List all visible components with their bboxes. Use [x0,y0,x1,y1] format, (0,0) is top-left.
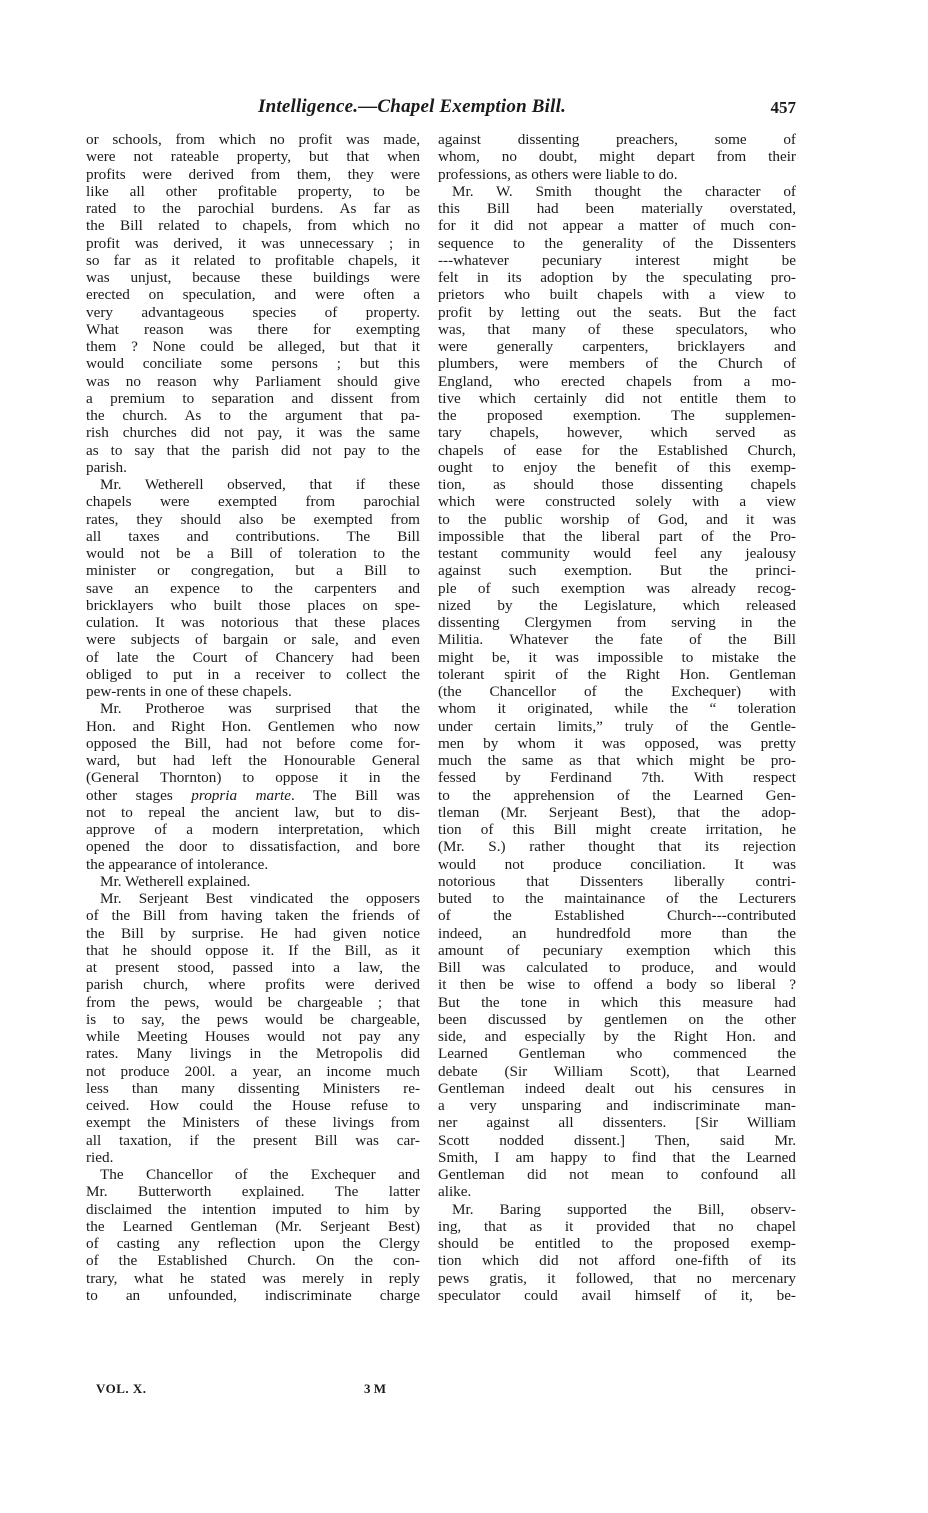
text-line: was unjust, because these buildings were [86,269,420,286]
text-line: not produce 200l. a year, an income much [86,1063,420,1080]
text-line: alike. [438,1183,796,1200]
text-line: men by whom it was opposed, was pretty [438,735,796,752]
text-line: (the Chancellor of the Exchequer) with [438,683,796,700]
text-line: the proposed exemption. The supplemen- [438,407,796,424]
text-line: tion of this Bill might create irritatio… [438,821,796,838]
text-line: the church. As to the argument that pa- [86,407,420,424]
text-line: whom, no doubt, might depart from their [438,148,796,165]
text-line: like all other profitable property, to b… [86,183,420,200]
text-line: of late the Court of Chancery had been [86,649,420,666]
text-line: the Bill by surprise. He had given notic… [86,925,420,942]
text-line: plumbers, were members of the Church of [438,355,796,372]
text-line: pews gratis, it followed, that no mercen… [438,1270,796,1287]
left-column: or schools, from which no profit was mad… [86,131,420,1304]
text-line: might be, it was impossible to mistake t… [438,649,796,666]
text-line: it then be wise to offend a body so libe… [438,976,796,993]
printer-signature-mark: 3 M [364,1381,386,1397]
text-line: against dissenting preachers, some of [438,131,796,148]
text-line: Smith, I am happy to find that the Learn… [438,1149,796,1166]
text-line: felt in its adoption by the speculating … [438,269,796,286]
text-line: would not produce conciliation. It was [438,856,796,873]
page-header: Intelligence.—Chapel Exemption Bill. 457 [258,96,796,122]
text-line: Mr. Protheroe was surprised that the [86,700,420,717]
text-line: not to repeal the ancient law, but to di… [86,804,420,821]
text-line: rish churches did not pay, it was the sa… [86,424,420,441]
text-line: Mr. Wetherell explained. [86,873,420,890]
text-line: But the tone in which this measure had [438,994,796,1011]
italic-phrase: propria marte [191,787,291,804]
text-line: opposed the Bill, had not before come fo… [86,735,420,752]
text-line: chapels were exempted from parochial [86,493,420,510]
text-line: were subjects of bargain or sale, and ev… [86,631,420,648]
text-line: tion which did not afford one-fifth of i… [438,1252,796,1269]
text-line: for it did not appear a matter of much c… [438,217,796,234]
text-line: this Bill had been materially overstated… [438,200,796,217]
text-line: ought to enjoy the benefit of this exemp… [438,459,796,476]
text-line: Mr. Serjeant Best vindicated the opposer… [86,890,420,907]
text-line: England, who erected chapels from a mo- [438,373,796,390]
text-line: parish. [86,459,420,476]
text-line: pew-rents in one of these chapels. [86,683,420,700]
text-line: Scott nodded dissent.] Then, said Mr. [438,1132,796,1149]
text-line: as to say that the parish did not pay to… [86,442,420,459]
text-line: was, that many of these speculators, who [438,321,796,338]
text-line: were not rateable property, but that whe… [86,148,420,165]
text-line: the Bill related to chapels, from which … [86,217,420,234]
text-line: a premium to separation and dissent from [86,390,420,407]
text-line: impossible that the liberal part of the … [438,528,796,545]
text-line: tion, as should those dissenting chapels [438,476,796,493]
text-line: would not be a Bill of toleration to the [86,545,420,562]
text-line: against such exemption. But the princi- [438,562,796,579]
text-line: Militia. Whatever the fate of the Bill [438,631,796,648]
text-line: prietors who built chapels with a view t… [438,286,796,303]
text-line: sequence to the generality of the Dissen… [438,235,796,252]
text-line: Mr. Baring supported the Bill, observ- [438,1201,796,1218]
text-line: Gentleman did not mean to confound all [438,1166,796,1183]
text-line: ing, that as it provided that no chapel [438,1218,796,1235]
text-line: the appearance of intolerance. [86,856,420,873]
text-line: notorious that Dissenters liberally cont… [438,873,796,890]
text-line: under certain limits,” truly of the Gent… [438,718,796,735]
text-line: very advantageous species of property. [86,304,420,321]
text-line: amount of pecuniary exemption which this [438,942,796,959]
text-line: indeed, an hundredfold more than the [438,925,796,942]
text-line: profit was derived, it was unnecessary ;… [86,235,420,252]
text-line: What reason was there for exempting [86,321,420,338]
text-line: much the same as that which might be pro… [438,752,796,769]
text-line: erected on speculation, and were often a [86,286,420,303]
text-line: Gentleman indeed dealt out his censures … [438,1080,796,1097]
text-line: ried. [86,1149,420,1166]
text-line: that he should oppose it. If the Bill, a… [86,942,420,959]
text-line: while Meeting Houses would not pay any [86,1028,420,1045]
text-line: save an expence to the carpenters and [86,580,420,597]
text-line: tleman (Mr. Serjeant Best), that the ado… [438,804,796,821]
text-line: exempt the Ministers of these livings fr… [86,1114,420,1131]
text-line: from the pews, would be chargeable ; tha… [86,994,420,1011]
text-line: is to say, the pews would be chargeable, [86,1011,420,1028]
text-line: testant community would feel any jealous… [438,545,796,562]
text-line: of the Bill from having taken the friend… [86,907,420,924]
text-line: side, and especially by the Right Hon. a… [438,1028,796,1045]
text-line: at present stood, passed into a law, the [86,959,420,976]
text-line: whom it originated, while the “ tolerati… [438,700,796,717]
text-line: Mr. Butterworth explained. The latter [86,1183,420,1200]
text-line: of the Established Church---contributed [438,907,796,924]
text-line: obliged to put in a receiver to collect … [86,666,420,683]
running-title: Intelligence.—Chapel Exemption Bill. [258,96,566,118]
text-line: professions, as others were liable to do… [438,166,796,183]
text-line: to an unfounded, indiscriminate charge [86,1287,420,1304]
text-line: ceived. How could the House refuse to [86,1097,420,1114]
text-line: Mr. W. Smith thought the character of [438,183,796,200]
text-line: fessed by Ferdinand 7th. With respect [438,769,796,786]
text-line: dissenting Clergymen from serving in the [438,614,796,631]
text-line: parish church, where profits were derive… [86,976,420,993]
text-line: Learned Gentleman who commenced the [438,1045,796,1062]
text-line: nized by the Legislature, which released [438,597,796,614]
text-line: disclaimed the intention imputed to him … [86,1201,420,1218]
text-line: would conciliate some persons ; but this [86,355,420,372]
text-line: The Chancellor of the Exchequer and [86,1166,420,1183]
text-line: been discussed by gentlemen on the other [438,1011,796,1028]
text-line: (General Thornton) to oppose it in the [86,769,420,786]
text-line: opened the door to dissatisfaction, and … [86,838,420,855]
text-line: rated to the parochial burdens. As far a… [86,200,420,217]
text-line: tive which certainly did not entitle the… [438,390,796,407]
text-line: profits were derived from them, they wer… [86,166,420,183]
text-line: ---whatever pecuniary interest might be [438,252,796,269]
text-line: chapels of ease for the Established Chur… [438,442,796,459]
text-line: Mr. Wetherell observed, that if these [86,476,420,493]
text-line: to the apprehension of the Learned Gen- [438,787,796,804]
text-line: tolerant spirit of the Right Hon. Gentle… [438,666,796,683]
text-line: ward, but had left the Honourable Genera… [86,752,420,769]
page-number: 457 [771,98,797,118]
text-line: profit by letting out the seats. But the… [438,304,796,321]
text-line: debate (Sir William Scott), that Learned [438,1063,796,1080]
text-line: Bill was calculated to produce, and woul… [438,959,796,976]
text-line: other stages propria marte. The Bill was [86,787,420,804]
right-column: against dissenting preachers, some ofwho… [438,131,796,1304]
text-line: them ? None could be alleged, but that i… [86,338,420,355]
text-line: minister or congregation, but a Bill to [86,562,420,579]
text-line: rates, they should also be exempted from [86,511,420,528]
text-line: ner against all dissenters. [Sir William [438,1114,796,1131]
text-line: buted to the maintainance of the Lecture… [438,890,796,907]
text-line: to the public worship of God, and it was [438,511,796,528]
text-line: was no reason why Parliament should give [86,373,420,390]
text-line: of the Established Church. On the con- [86,1252,420,1269]
text-line: approve of a modern interpretation, whic… [86,821,420,838]
text-line: so far as it related to profitable chape… [86,252,420,269]
text-line: were generally carpenters, bricklayers a… [438,338,796,355]
text-line: or schools, from which no profit was mad… [86,131,420,148]
text-line: bricklayers who built those places on sp… [86,597,420,614]
text-line: speculator could avail himself of it, be… [438,1287,796,1304]
text-line: all taxes and contributions. The Bill [86,528,420,545]
text-line: trary, what he stated was merely in repl… [86,1270,420,1287]
text-line: all taxation, if the present Bill was ca… [86,1132,420,1149]
text-line: less than many dissenting Ministers re- [86,1080,420,1097]
text-line: a very unsparing and indiscriminate man- [438,1097,796,1114]
text-line: which were constructed solely with a vie… [438,493,796,510]
text-line: the Learned Gentleman (Mr. Serjeant Best… [86,1218,420,1235]
text-line: should be entitled to the proposed exemp… [438,1235,796,1252]
text-line: ple of such exemption was already recog- [438,580,796,597]
text-line: Hon. and Right Hon. Gentlemen who now [86,718,420,735]
text-line: of casting any reflection upon the Clerg… [86,1235,420,1252]
text-line: culation. It was notorious that these pl… [86,614,420,631]
text-line: tary chapels, however, which served as [438,424,796,441]
text-line: (Mr. S.) rather thought that its rejecti… [438,838,796,855]
text-line: rates. Many livings in the Metropolis di… [86,1045,420,1062]
volume-label: VOL. X. [96,1381,147,1397]
